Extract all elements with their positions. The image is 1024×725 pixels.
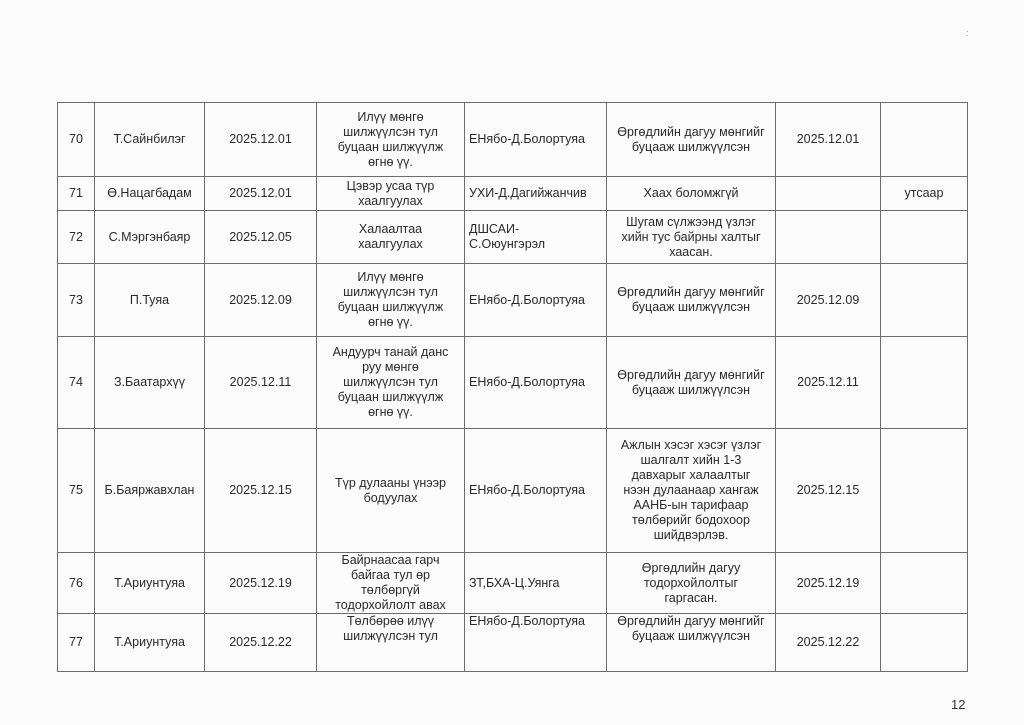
resolution: Шугам сүлжээнд үзлэг хийн тус байрны хал…: [607, 211, 776, 264]
request-date: 2025.12.05: [205, 211, 317, 264]
table-row: 76 Т.Ариунтуяа 2025.12.19 Байрнаасаа гар…: [58, 553, 968, 614]
applicant-name: Б.Баяржавхлан: [95, 429, 205, 553]
note: [881, 211, 968, 264]
request-date: 2025.12.22: [205, 614, 317, 672]
resolved-date: 2025.12.09: [776, 264, 881, 337]
resolved-date: 2025.12.01: [776, 103, 881, 177]
request-content: Байрнаасаа гарч байгаа тул өр төлбөргүй …: [317, 553, 465, 614]
request-date: 2025.12.01: [205, 103, 317, 177]
responsible-person: ДШСАИ- С.Оюунгэрэл: [465, 211, 607, 264]
applicant-name: П.Туяа: [95, 264, 205, 337]
request-content: Төлбөрөө илүү шилжүүлсэн тул: [317, 614, 465, 672]
resolution: Өргөдлийн дагуу тодорхойлолтыг гаргасан.: [607, 553, 776, 614]
applicant-name: Т.Ариунтуяа: [95, 614, 205, 672]
responsible-person: ЕНябо-Д.Болортуяа: [465, 264, 607, 337]
responsible-person: ЗТ,БХА-Ц.Уянга: [465, 553, 607, 614]
resolved-date: 2025.12.22: [776, 614, 881, 672]
note: [881, 553, 968, 614]
resolved-date: [776, 211, 881, 264]
applicant-name: С.Мэргэнбаяр: [95, 211, 205, 264]
responsible-person: ЕНябо-Д.Болортуяа: [465, 337, 607, 429]
row-number: 77: [58, 614, 95, 672]
note: [881, 614, 968, 672]
row-number: 76: [58, 553, 95, 614]
row-number: 75: [58, 429, 95, 553]
table-row: 70 Т.Сайнбилэг 2025.12.01 Илүү мөнгө шил…: [58, 103, 968, 177]
request-content: Халаалтаа хаалгуулах: [317, 211, 465, 264]
applicant-name: Т.Сайнбилэг: [95, 103, 205, 177]
request-date: 2025.12.01: [205, 177, 317, 211]
responsible-person: ЕНябо-Д.Болортуяа: [465, 103, 607, 177]
request-content: Түр дулааны үнээр бодуулах: [317, 429, 465, 553]
resolution: Ажлын хэсэг хэсэг үзлэг шалгалт хийн 1-3…: [607, 429, 776, 553]
table-row: 74 З.Баатархүү 2025.12.11 Андуурч танай …: [58, 337, 968, 429]
note: [881, 264, 968, 337]
resolution: Өргөдлийн дагуу мөнгийг буцааж шилжүүлсэ…: [607, 337, 776, 429]
resolution: Өргөдлийн дагуу мөнгийг буцааж шилжүүлсэ…: [607, 614, 776, 672]
resolution: Хаах боломжгүй: [607, 177, 776, 211]
resolution: Өргөдлийн дагуу мөнгийг буцааж шилжүүлсэ…: [607, 103, 776, 177]
table-row: 71 Ө.Нацагбадам 2025.12.01 Цэвэр усаа тү…: [58, 177, 968, 211]
request-content: Андуурч танай данс руу мөнгө шилжүүлсэн …: [317, 337, 465, 429]
applicant-name: Т.Ариунтуяа: [95, 553, 205, 614]
scan-corner-mark: :: [966, 28, 969, 38]
responsible-person: ЕНябо-Д.Болортуяа: [465, 614, 607, 672]
row-number: 72: [58, 211, 95, 264]
resolved-date: 2025.12.11: [776, 337, 881, 429]
table-row: 72 С.Мэргэнбаяр 2025.12.05 Халаалтаа хаа…: [58, 211, 968, 264]
complaints-table: 70 Т.Сайнбилэг 2025.12.01 Илүү мөнгө шил…: [57, 102, 968, 672]
resolution: Өргөдлийн дагуу мөнгийг буцааж шилжүүлсэ…: [607, 264, 776, 337]
row-number: 73: [58, 264, 95, 337]
note: [881, 337, 968, 429]
responsible-person: УХИ-Д.Дагийжанчив: [465, 177, 607, 211]
request-content: Илүү мөнгө шилжүүлсэн тул буцаан шилжүүл…: [317, 264, 465, 337]
resolved-date: 2025.12.19: [776, 553, 881, 614]
note: [881, 429, 968, 553]
request-date: 2025.12.19: [205, 553, 317, 614]
table-row: 73 П.Туяа 2025.12.09 Илүү мөнгө шилжүүлс…: [58, 264, 968, 337]
row-number: 71: [58, 177, 95, 211]
table-row: 77 Т.Ариунтуяа 2025.12.22 Төлбөрөө илүү …: [58, 614, 968, 672]
row-number: 70: [58, 103, 95, 177]
row-number: 74: [58, 337, 95, 429]
request-content: Илүү мөнгө шилжүүлсэн тул буцаан шилжүүл…: [317, 103, 465, 177]
request-date: 2025.12.15: [205, 429, 317, 553]
table-row: 75 Б.Баяржавхлан 2025.12.15 Түр дулааны …: [58, 429, 968, 553]
request-date: 2025.12.11: [205, 337, 317, 429]
resolved-date: 2025.12.15: [776, 429, 881, 553]
page-number: 12: [951, 697, 965, 712]
applicant-name: Ө.Нацагбадам: [95, 177, 205, 211]
note: утсаар: [881, 177, 968, 211]
applicant-name: З.Баатархүү: [95, 337, 205, 429]
note: [881, 103, 968, 177]
request-date: 2025.12.09: [205, 264, 317, 337]
responsible-person: ЕНябо-Д.Болортуяа: [465, 429, 607, 553]
resolved-date: [776, 177, 881, 211]
request-content: Цэвэр усаа түр хаалгуулах: [317, 177, 465, 211]
